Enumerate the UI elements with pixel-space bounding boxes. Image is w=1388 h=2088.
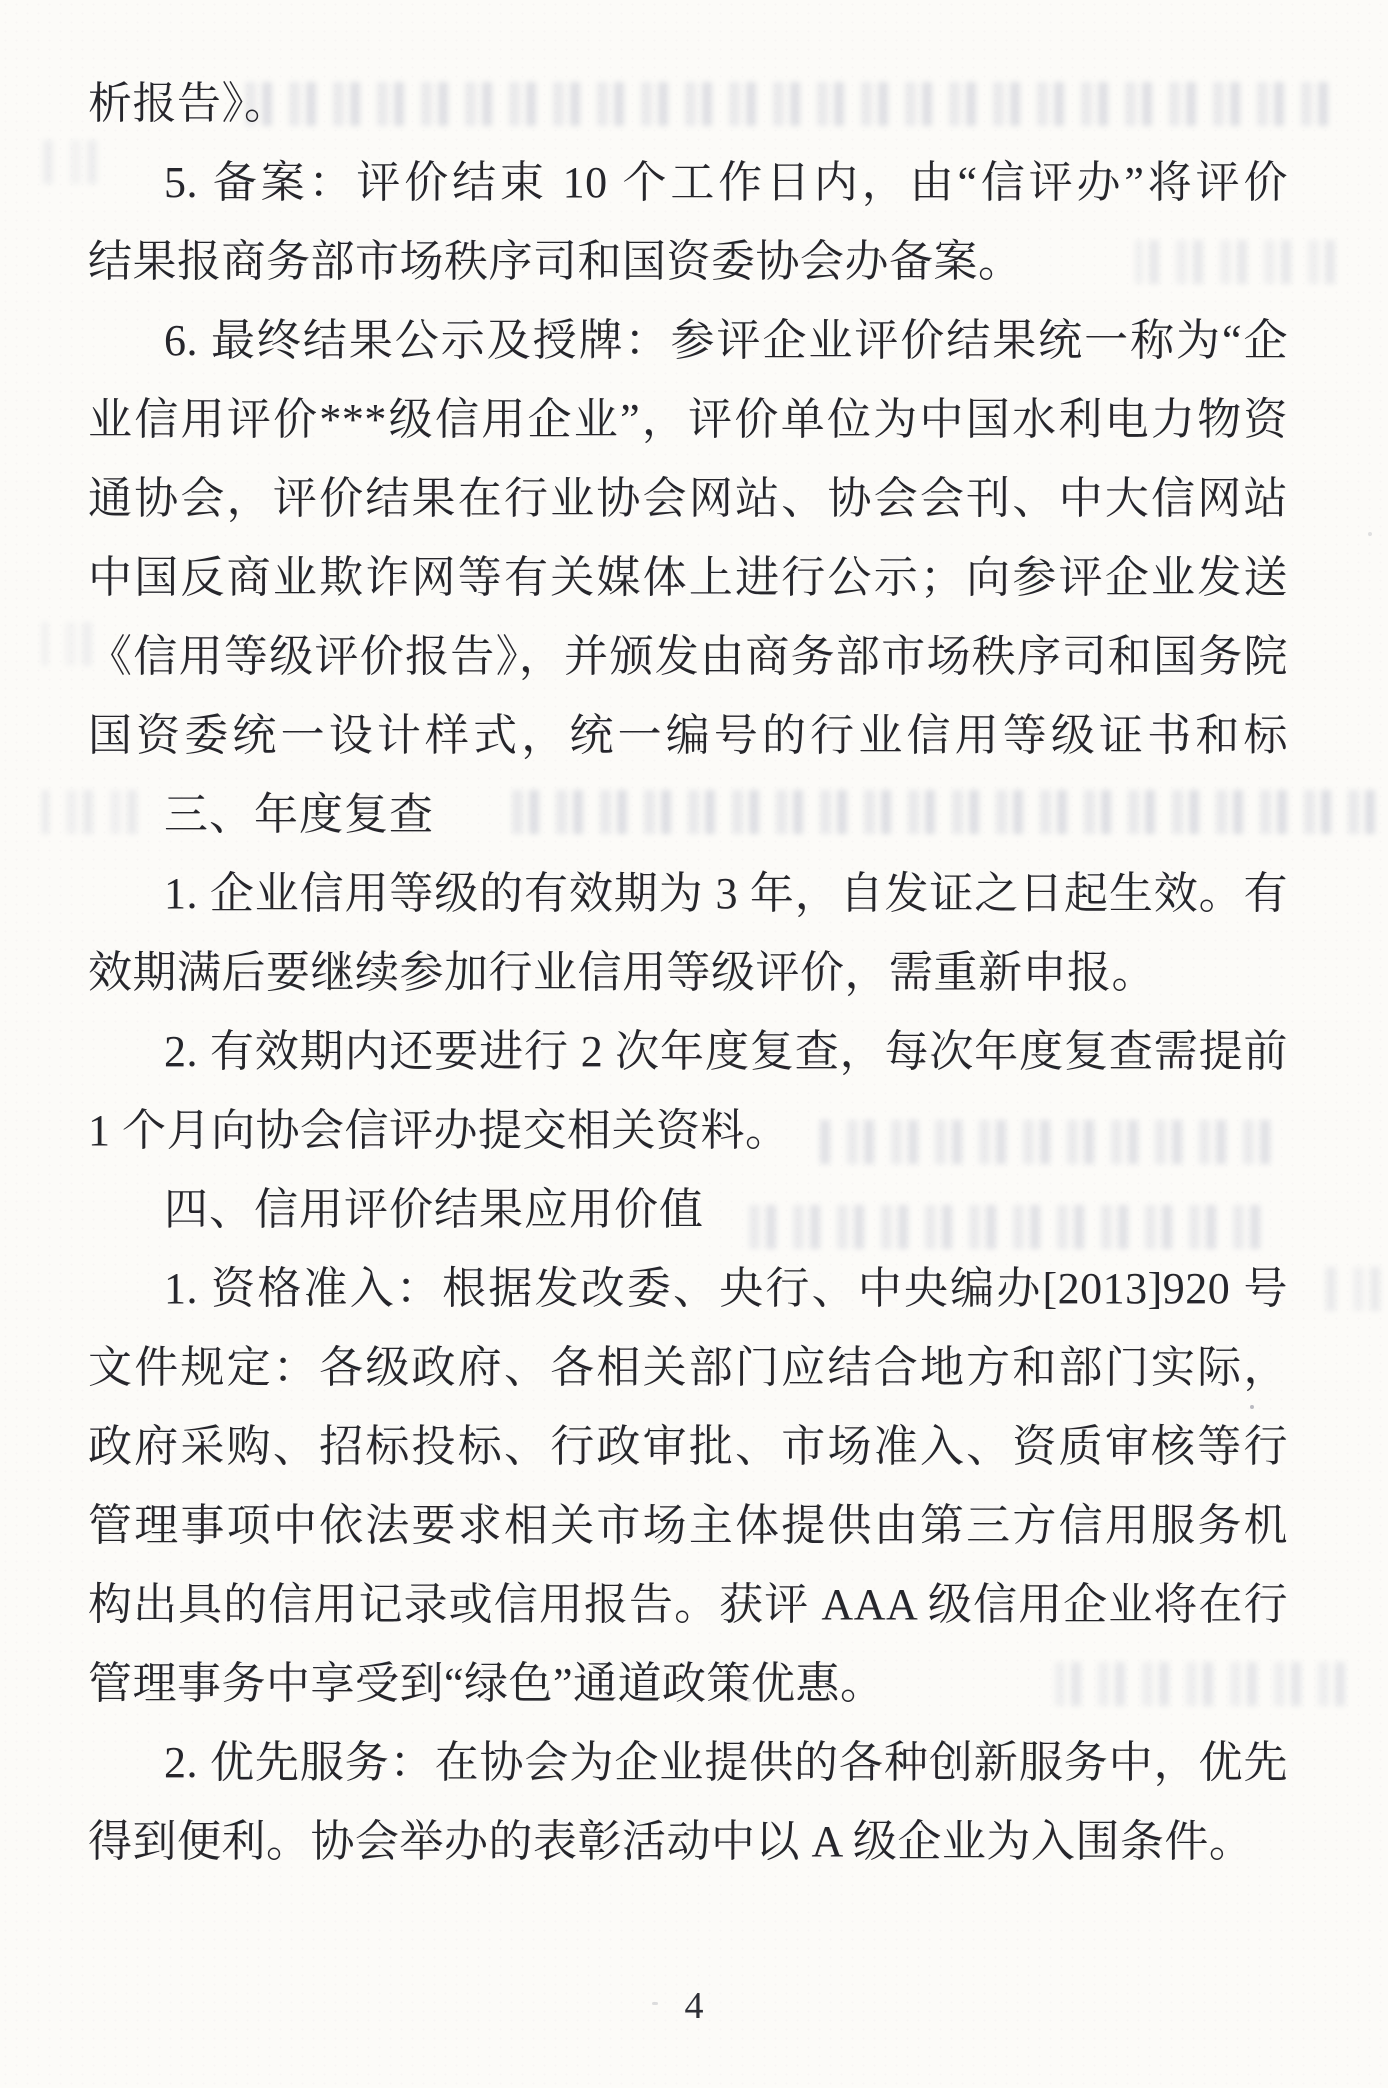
page-number: 4 [0,1978,1388,2034]
scanned-document-page: 析报告》。 5. 备案：评价结束 10 个工作日内，由“信评办”将评价 结果报商… [0,0,1388,2088]
text-line: 通协会，评价结果在行业协会网站、协会会刊、中大信网站及 [88,459,1288,538]
text-line: 1 个月向协会信评办提交相关资料。 [88,1091,1288,1170]
text-line: 构出具的信用记录或信用报告。获评 AAA 级信用企业将在行政 [88,1565,1288,1644]
text-line: 2. 有效期内还要进行 2 次年度复查，每次年度复查需提前 [88,1012,1288,1091]
section-heading: 三、年度复查 [88,775,1288,854]
text-line: 效期满后要继续参加行业信用等级评价，需重新申报。 [88,933,1288,1012]
text-line: 析报告》。 [88,64,1288,143]
text-line: 文件规定：各级政府、各相关部门应结合地方和部门实际，在 [88,1328,1288,1407]
scan-speck [1368,532,1372,536]
text-line: 5. 备案：评价结束 10 个工作日内，由“信评办”将评价 [88,143,1288,222]
text-line: 结果报商务部市场秩序司和国资委协会办备案。 [88,222,1288,301]
text-line: 2. 优先服务：在协会为企业提供的各种创新服务中，优先 [88,1723,1288,1802]
document-body: 析报告》。 5. 备案：评价结束 10 个工作日内，由“信评办”将评价 结果报商… [88,64,1288,1881]
text-line: 中国反商业欺诈网等有关媒体上进行公示；向参评企业发送 [88,538,1288,617]
text-line: 1. 资格准入：根据发改委、央行、中央编办[2013]920 号 [88,1249,1288,1328]
text-line: 政府采购、招标投标、行政审批、市场准入、资质审核等行政 [88,1407,1288,1486]
bleed-through-artifact [42,622,92,666]
text-line: 6. 最终结果公示及授牌：参评企业评价结果统一称为“企 [88,301,1288,380]
text-line: 1. 企业信用等级的有效期为 3 年，自发证之日起生效。有 [88,854,1288,933]
text-line: 业信用评价***级信用企业”，评价单位为中国水利电力物资流 [88,380,1288,459]
text-line: 管理事务中享受到“绿色”通道政策优惠。 [88,1644,1288,1723]
text-line: 管理事项中依法要求相关市场主体提供由第三方信用服务机 [88,1486,1288,1565]
text-line: 得到便利。协会举办的表彰活动中以 A 级企业为入围条件。 [88,1802,1288,1881]
bleed-through-artifact [1325,1267,1380,1311]
section-heading: 四、信用评价结果应用价值 [88,1170,1288,1249]
text-line: 《信用等级评价报告》，并颁发由商务部市场秩序司和国务院 [88,617,1288,696]
text-line: 国资委统一设计样式，统一编号的行业信用等级证书和标牌。 [88,696,1288,775]
